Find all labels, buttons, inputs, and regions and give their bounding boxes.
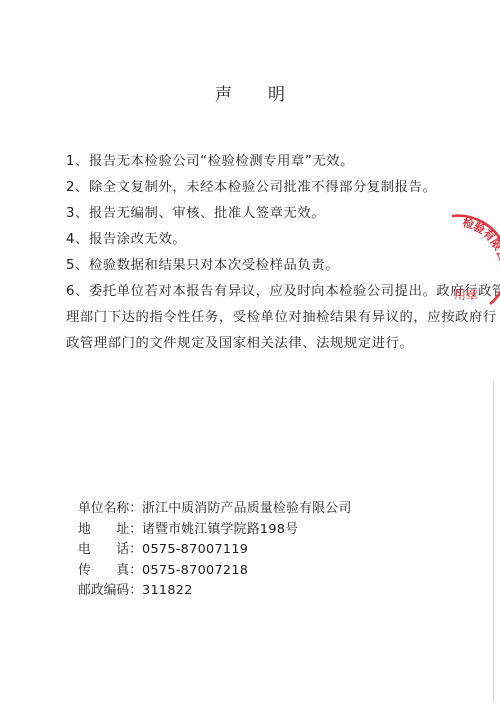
contact-row-postcode: 邮政编码： 311822 bbox=[78, 581, 352, 602]
contact-label: 邮政编码： bbox=[78, 581, 142, 602]
contact-label: 地址： bbox=[78, 520, 142, 541]
clause-line: 政管理部门的文件规定及国家相关法律、法规规定进行。 bbox=[66, 331, 466, 357]
address-value: 诸暨市姚江镇学院路198号 bbox=[142, 520, 298, 541]
seal-arc-text: 检验有限公司 bbox=[461, 215, 500, 273]
document-page: 声明 1、报告无本检验公司“检验检测专用章”无效。 2、除全文复制外，未经本检验… bbox=[0, 0, 500, 707]
phone-value: 0575-87007119 bbox=[142, 540, 248, 561]
contact-row-fax: 传真： 0575-87007218 bbox=[78, 561, 352, 582]
contact-row-company: 单位名称： 浙江中质消防产品质量检验有限公司 bbox=[78, 499, 352, 520]
page-title: 声明 bbox=[0, 80, 500, 105]
svg-text:检验有限公司: 检验有限公司 bbox=[461, 215, 500, 273]
fax-value: 0575-87007218 bbox=[142, 561, 248, 582]
postcode-value: 311822 bbox=[142, 581, 193, 602]
seal-bottom-text: 用章 bbox=[454, 287, 478, 302]
clause-line: 1、报告无本检验公司“检验检测专用章”无效。 bbox=[66, 149, 466, 175]
company-name: 浙江中质消防产品质量检验有限公司 bbox=[142, 499, 352, 520]
title-char: 声 bbox=[215, 80, 232, 105]
contact-label: 传真： bbox=[78, 561, 142, 582]
contact-label: 单位名称： bbox=[78, 499, 142, 520]
contact-label: 电话： bbox=[78, 540, 142, 561]
scan-edge-line bbox=[493, 380, 494, 702]
contact-row-phone: 电话： 0575-87007119 bbox=[78, 540, 352, 561]
title-char: 明 bbox=[268, 80, 285, 105]
contact-info: 单位名称： 浙江中质消防产品质量检验有限公司 地址： 诸暨市姚江镇学院路198号… bbox=[78, 499, 352, 602]
contact-row-address: 地址： 诸暨市姚江镇学院路198号 bbox=[78, 520, 352, 541]
official-seal-icon: 检验有限公司 用章 bbox=[400, 192, 500, 322]
